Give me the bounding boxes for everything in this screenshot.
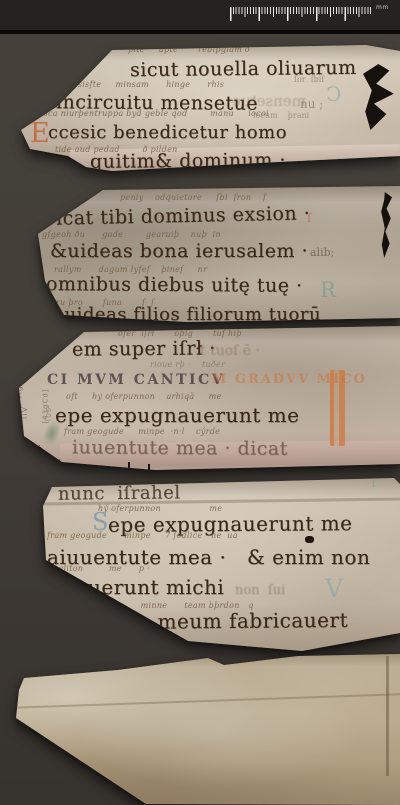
ink-tick xyxy=(148,464,150,472)
crease-line xyxy=(10,693,400,709)
offset-initial-mark: C xyxy=(326,84,341,104)
mirrored-offset-text: mensetue xyxy=(232,94,306,109)
gloss-line: oft hy oferpunnon arhiqā me xyxy=(66,393,222,401)
parchment-surface: nunc iſrahel ſ hý oferpunnon me S epe ex… xyxy=(0,476,400,654)
gloss-line: ueliton me p · xyxy=(53,565,150,573)
main-text-line: quitim& dominum · xyxy=(90,151,286,172)
photo-background: { "ruler": { "unit": "mm" }, "colors": {… xyxy=(0,0,400,805)
faint-text: alib; xyxy=(310,247,334,258)
green-mark: R xyxy=(320,280,336,301)
faint-text: locum þrani xyxy=(253,112,309,120)
main-text-line: rsum meum fabricauert xyxy=(97,610,348,632)
main-text-line: ccesic benedicetur homo xyxy=(48,124,287,142)
faint-text: t tuoſ ē · xyxy=(200,344,260,358)
gloss-line: loca niurþentruppa byd geble qod manu io… xyxy=(40,110,269,118)
main-text-line: nunc iſrahel xyxy=(58,484,181,503)
manuscript-fragment-1: pite · apte · rebipgiam ð sicut nouella … xyxy=(0,44,400,180)
main-text-line: icat tibi dominus exsion · xyxy=(56,204,311,228)
parchment-surface xyxy=(0,648,400,805)
parchment-surface: peniy odquietore ſbi ſron f icat tibi do… xyxy=(0,186,400,322)
parchment-surface: ofer iſrł óþig tuſ hiþ em super iſrł · t… xyxy=(0,324,400,472)
red-mark: ſ xyxy=(307,212,311,224)
main-text-line: omnibus diebus uitę tuę · xyxy=(46,275,303,296)
divider-line xyxy=(0,30,400,34)
tear-crack xyxy=(352,64,396,130)
tear-crack xyxy=(380,192,392,258)
gloss-line: rioue rþ · tuðer xyxy=(150,361,225,369)
decorated-initial-orange xyxy=(330,370,345,446)
main-text-line: epe expugnauerunt me xyxy=(55,405,299,425)
ink-tick xyxy=(128,462,130,471)
gloss-line: gſgeoh ðu gode gearuiþ nuþ in xyxy=(42,231,221,239)
teal-mark: ſ xyxy=(372,480,376,490)
faint-text: non ſui xyxy=(235,584,285,597)
pencil-shelfmark: IIV xyxy=(20,406,29,419)
parchment-surface: pite · apte · rebipgiam ð sicut nouella … xyxy=(0,44,400,180)
main-text-line: uerunt michi xyxy=(88,577,224,597)
manuscript-fragment-3: ofer iſrł óþig tuſ hiþ em super iſrł · t… xyxy=(0,324,400,472)
gloss-line: fram geogude minpe ·n·l cýrde xyxy=(64,428,220,436)
vertical-crease xyxy=(386,656,389,776)
manuscript-fragment-5 xyxy=(0,648,400,805)
gloss-line: thysisfte minsam hinge rhis xyxy=(64,81,224,89)
red-cross-mark: † xyxy=(37,446,42,455)
main-text-line: iuuentute mea · dicat xyxy=(72,438,288,459)
manuscript-fragment-2: peniy odquietore ſbi ſron f icat tibi do… xyxy=(0,186,400,322)
gloss-line: peniy odquietore ſbi ſron f xyxy=(120,194,266,202)
faint-text: ſor ſbiſ xyxy=(294,76,324,84)
millimeter-ruler xyxy=(230,7,373,21)
gloss-line: pite · apte · rebipgiam ð xyxy=(128,46,250,54)
ink-marks: ıııı xyxy=(52,458,61,465)
rubric-capitals-dark: CI MVM CANTICV xyxy=(47,373,225,387)
faint-initial-blue: V xyxy=(325,576,343,601)
main-text-line: em super iſrł · xyxy=(72,339,216,359)
manuscript-fragment-4: nunc iſrahel ſ hý oferpunnon me S epe ex… xyxy=(0,476,400,654)
main-text-line: &uideas bona ierusalem · xyxy=(50,242,308,261)
gloss-line: fram geogude minpe 7 ſodlice ne ua xyxy=(47,532,238,540)
initial-letter-orange: E xyxy=(30,120,50,147)
ruler-unit-label: mm xyxy=(376,4,389,11)
ink-blot xyxy=(305,536,314,543)
main-text-line: &uideas filios filiorum tuorū xyxy=(48,306,321,324)
ink-mark xyxy=(86,768,90,781)
